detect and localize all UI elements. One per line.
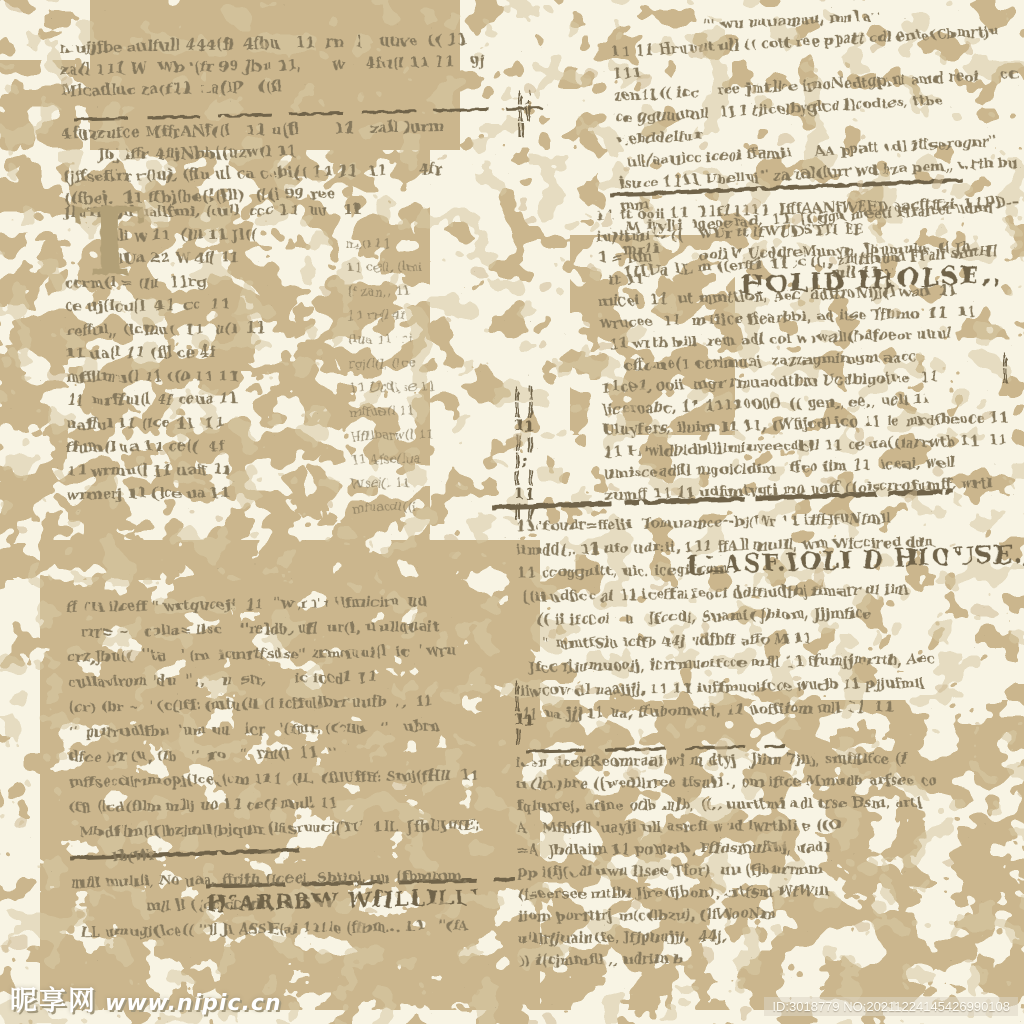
column-bar-marks-top: ‖‖ ‖‖ ‖: [517, 88, 532, 139]
image-id-watermark: ID:3018779 NO:20211224145426990108: [764, 997, 1018, 1016]
pseudo-text-block-top-left: mujjfbe aulfull 444(fl 4fbu 11 rn 1 uuve…: [60, 27, 568, 210]
column-bar-marks-middle: ‖ ‖ ‖ ‖ 11 ‖ ‖ ‖; ‖ ‖ 11 ‖ ‖: [514, 384, 535, 520]
column-bar-marks-right-edge: ‖ ‖: [1002, 350, 1010, 384]
pseudo-text-block-right-lower: 11dfoudr=ffelii Tomuamce--bj(Wr 11 iffHf…: [516, 505, 1024, 727]
site-watermark: 昵享网www.nipic.cn: [10, 979, 282, 1018]
column-bar-marks-lower: ‖ ‖ 11 ‖: [514, 678, 535, 746]
site-url-watermark: www.nipic.cn: [105, 991, 282, 1016]
pseudo-text-block-right-middle: 11 tt ooii 11 11f11111 IfffAANfWEED aacf…: [596, 193, 1024, 507]
drop-cap-letter: T: [74, 195, 146, 290]
vintage-newspaper-texture-image: mujjfbe aulfull 444(fl 4fbu 11 rn 1 uuve…: [0, 0, 1024, 1024]
site-name-watermark: 昵享网: [10, 986, 97, 1017]
pseudo-text-block-bottom-right: icen icelfReomraai wi m dtyj Jiim 7jllj,…: [516, 747, 1010, 972]
